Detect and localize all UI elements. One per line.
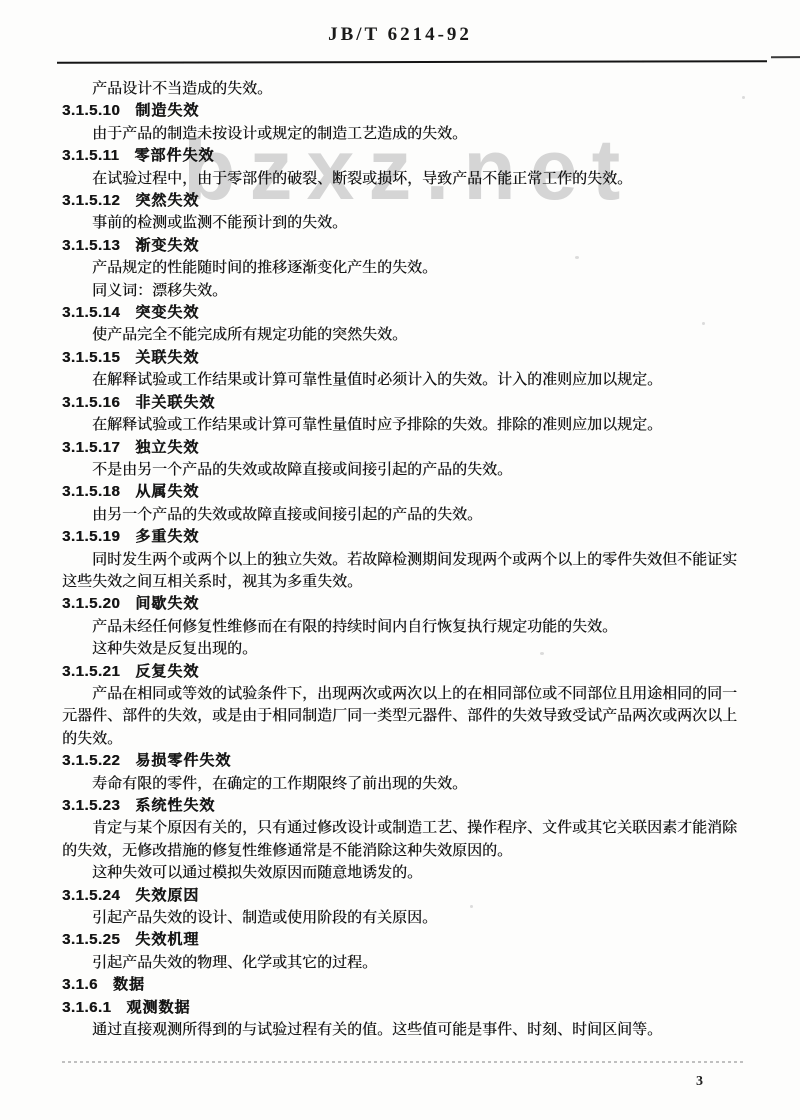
clause-title: 系统性失效 — [135, 797, 215, 814]
paragraph: 同时发生两个或两个以上的独立失效。若故障检测期间发现两个或两个以上的零件失效但不… — [62, 549, 744, 594]
clause-number: 3.1.5.11 — [62, 145, 119, 167]
standard-code-header: JB/T 6214-92 — [0, 24, 800, 46]
clause-title: 观测数据 — [126, 999, 190, 1016]
clause-heading: 3.1.5.24失效原因 — [62, 885, 744, 907]
clause-heading: 3.1.5.22易损零件失效 — [62, 750, 744, 772]
clause-title: 独立失效 — [135, 439, 199, 456]
paragraph: 产品设计不当造成的失效。 — [62, 78, 744, 100]
clause-title: 零部件失效 — [134, 147, 214, 164]
paragraph: 不是由另一个产品的失效或故障直接或间接引起的产品的失效。 — [62, 459, 744, 481]
clause-number: 3.1.5.23 — [62, 795, 120, 817]
clause-heading: 3.1.5.10制造失效 — [62, 100, 744, 122]
paragraph: 事前的检测或监测不能预计到的失效。 — [62, 212, 744, 234]
clause-title: 渐变失效 — [135, 237, 199, 254]
clause-title: 易损零件失效 — [135, 752, 231, 769]
clause-heading: 3.1.6数据 — [62, 974, 744, 996]
paragraph: 寿命有限的零件，在确定的工作期限终了前出现的失效。 — [62, 773, 744, 795]
clause-heading: 3.1.5.15关联失效 — [62, 347, 744, 369]
clause-title: 多重失效 — [135, 528, 199, 545]
clause-number: 3.1.5.22 — [62, 750, 120, 772]
paragraph: 这种失效是反复出现的。 — [62, 638, 744, 660]
clause-number: 3.1.5.24 — [62, 885, 120, 907]
paragraph: 由另一个产品的失效或故障直接或间接引起的产品的失效。 — [62, 504, 744, 526]
clause-heading: 3.1.5.19多重失效 — [62, 526, 744, 548]
paragraph: 通过直接观测所得到的与试验过程有关的值。这些值可能是事件、时刻、时间区间等。 — [62, 1019, 744, 1041]
paragraph: 使产品完全不能完成所有规定功能的突然失效。 — [62, 324, 744, 346]
clause-number: 3.1.5.21 — [62, 661, 120, 683]
clause-number: 3.1.5.16 — [62, 392, 120, 414]
clause-title: 关联失效 — [135, 349, 199, 366]
paragraph: 由于产品的制造未按设计或规定的制造工艺造成的失效。 — [62, 123, 744, 145]
clause-number: 3.1.5.12 — [62, 190, 120, 212]
clause-heading: 3.1.5.14突变失效 — [62, 302, 744, 324]
clause-title: 非关联失效 — [135, 394, 215, 411]
clause-heading: 3.1.5.25失效机理 — [62, 929, 744, 951]
clause-title: 制造失效 — [135, 102, 199, 119]
clause-heading: 3.1.5.23系统性失效 — [62, 795, 744, 817]
clause-number: 3.1.6.1 — [62, 997, 111, 1019]
clause-number: 3.1.5.19 — [62, 526, 120, 548]
header-rule — [57, 60, 767, 63]
clause-number: 3.1.6 — [62, 974, 98, 996]
scanned-document-page: JB/T 6214-92 bzxz.net 产品设计不当造成的失效。3.1.5.… — [0, 0, 800, 1120]
clause-number: 3.1.5.18 — [62, 481, 120, 503]
clause-title: 失效原因 — [135, 887, 199, 904]
paragraph: 在试验过程中，由于零部件的破裂、断裂或损坏，导致产品不能正常工作的失效。 — [62, 168, 744, 190]
clause-heading: 3.1.5.11零部件失效 — [62, 145, 744, 167]
clause-number: 3.1.5.15 — [62, 347, 120, 369]
paragraph: 产品未经任何修复性维修而在有限的持续时间内自行恢复执行规定功能的失效。 — [62, 616, 744, 638]
clause-title: 间歇失效 — [135, 595, 199, 612]
paragraph: 肯定与某个原因有关的，只有通过修改设计或制造工艺、操作程序、文件或其它关联因素才… — [62, 817, 744, 862]
clause-title: 突然失效 — [135, 192, 199, 209]
paragraph: 同义词：漂移失效。 — [62, 280, 744, 302]
clause-number: 3.1.5.14 — [62, 302, 120, 324]
clause-title: 从属失效 — [135, 483, 199, 500]
clause-heading: 3.1.5.12突然失效 — [62, 190, 744, 212]
clause-heading: 3.1.6.1观测数据 — [62, 997, 744, 1019]
clause-title: 失效机理 — [135, 931, 199, 948]
paragraph: 引起产品失效的设计、制造或使用阶段的有关原因。 — [62, 907, 744, 929]
clause-number: 3.1.5.10 — [62, 100, 120, 122]
clause-heading: 3.1.5.16非关联失效 — [62, 392, 744, 414]
paragraph: 产品在相同或等效的试验条件下，出现两次或两次以上的在相同部位或不同部位且用途相同… — [62, 683, 744, 750]
paragraph: 引起产品失效的物理、化学或其它的过程。 — [62, 952, 744, 974]
clause-heading: 3.1.5.20间歇失效 — [62, 593, 744, 615]
paragraph: 在解释试验或工作结果或计算可靠性量值时应予排除的失效。排除的准则应加以规定。 — [62, 414, 744, 436]
paragraph: 在解释试验或工作结果或计算可靠性量值时必须计入的失效。计入的准则应加以规定。 — [62, 369, 744, 391]
clause-heading: 3.1.5.18从属失效 — [62, 481, 744, 503]
clause-title: 数据 — [113, 976, 145, 993]
clause-number: 3.1.5.13 — [62, 235, 120, 257]
clause-heading: 3.1.5.17独立失效 — [62, 437, 744, 459]
document-body: 产品设计不当造成的失效。3.1.5.10制造失效由于产品的制造未按设计或规定的制… — [62, 78, 744, 1041]
clause-title: 反复失效 — [135, 663, 199, 680]
footer-rule — [62, 1061, 746, 1063]
page-number: 3 — [696, 1074, 703, 1090]
clause-title: 突变失效 — [135, 304, 199, 321]
paragraph: 这种失效可以通过模拟失效原因而随意地诱发的。 — [62, 862, 744, 884]
clause-number: 3.1.5.25 — [62, 929, 120, 951]
clause-heading: 3.1.5.13渐变失效 — [62, 235, 744, 257]
clause-heading: 3.1.5.21反复失效 — [62, 661, 744, 683]
clause-number: 3.1.5.20 — [62, 593, 120, 615]
paragraph: 产品规定的性能随时间的推移逐渐变化产生的失效。 — [62, 257, 744, 279]
clause-number: 3.1.5.17 — [62, 437, 120, 459]
